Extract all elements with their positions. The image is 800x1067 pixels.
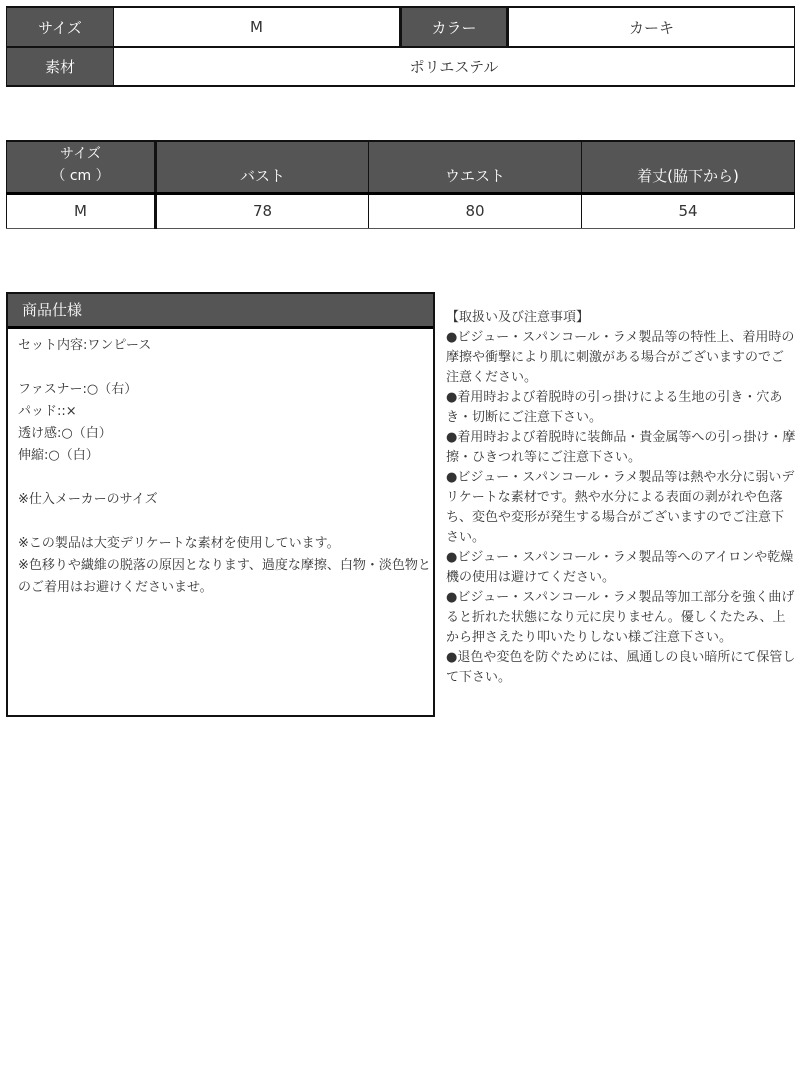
cell-length: 54 <box>582 193 795 228</box>
size-label: サイズ <box>7 7 114 47</box>
cell-bust: 78 <box>156 193 369 228</box>
basic-info-table: サイズ M カラー カーキ 素材 ポリエステル <box>6 6 795 87</box>
size-measurement-table: サイズ （ cm ） バスト ウエスト 着丈(脇下から) M 78 80 54 <box>6 140 795 229</box>
header-waist: ウエスト <box>369 141 582 193</box>
material-label: 素材 <box>7 47 114 86</box>
spec-line: ファスナー:○（右） <box>18 379 423 401</box>
material-value: ポリエステル <box>114 47 795 86</box>
spec-line: ※この製品は大変デリケートな素材を使用しています。 <box>18 533 423 555</box>
note-item: ●着用時および着脱時の引っ掛けによる生地の引き・穴あき・切断にご注意下さい。 <box>446 388 796 428</box>
spec-line: ※仕入メーカーのサイズ <box>18 489 423 511</box>
table-row: サイズ M カラー カーキ <box>7 7 795 47</box>
table-row: 素材 ポリエステル <box>7 47 795 86</box>
spec-line: パッド::× <box>18 401 423 423</box>
spec-line: のご着用はお避けくださいませ。 <box>18 577 423 599</box>
spec-line: セット内容:ワンピース <box>18 335 423 357</box>
note-item: ●ビジュー・スパンコール・ラメ製品等加工部分を強く曲げると折れた状態になり元に戻… <box>446 588 796 648</box>
spec-line <box>18 467 423 489</box>
table-header-row: サイズ （ cm ） バスト ウエスト 着丈(脇下から) <box>7 141 795 193</box>
note-item: ●ビジュー・スパンコール・ラメ製品等は熱や水分に弱いデリケートな素材です。熱や水… <box>446 468 796 548</box>
header-bust: バスト <box>156 141 369 193</box>
spec-line: ※色移りや繊維の脱落の原因となります、過度な摩擦、白物・淡色物と <box>18 555 423 577</box>
color-value: カーキ <box>508 7 795 47</box>
note-item: ●着用時および着脱時に装飾品・貴金属等への引っ掛け・摩擦・ひきつれ等にご注意下さ… <box>446 428 796 468</box>
cell-size: M <box>7 193 156 228</box>
spec-line <box>18 357 423 379</box>
note-item: ●退色や変色を防ぐためには、風通しの良い暗所にて保管して下さい。 <box>446 648 796 688</box>
size-value: M <box>114 7 401 47</box>
spec-line <box>18 511 423 533</box>
table-row: M 78 80 54 <box>7 193 795 228</box>
notes-title: 【取扱い及び注意事項】 <box>446 308 796 328</box>
color-label: カラー <box>401 7 508 47</box>
note-item: ●ビジュー・スパンコール・ラメ製品等へのアイロンや乾燥機の使用は避けてください。 <box>446 548 796 588</box>
header-size: サイズ （ cm ） <box>7 141 156 193</box>
spec-line: 伸縮:○（白） <box>18 445 423 467</box>
care-notes: 【取扱い及び注意事項】 ●ビジュー・スパンコール・ラメ製品等の特性上、着用時の摩… <box>446 308 796 688</box>
note-item: ●ビジュー・スパンコール・ラメ製品等の特性上、着用時の摩擦や衝撃により肌に刺激が… <box>446 328 796 388</box>
header-length: 着丈(脇下から) <box>582 141 795 193</box>
product-spec-box: 商品仕様 セット内容:ワンピース ファスナー:○（右） パッド::× 透け感:○… <box>6 292 435 717</box>
header-size-line1: サイズ <box>7 143 154 165</box>
spec-line: 透け感:○（白） <box>18 423 423 445</box>
cell-waist: 80 <box>369 193 582 228</box>
header-size-line2: （ cm ） <box>7 165 154 187</box>
spec-body: セット内容:ワンピース ファスナー:○（右） パッド::× 透け感:○（白） 伸… <box>8 329 433 605</box>
spec-title: 商品仕様 <box>8 294 433 329</box>
